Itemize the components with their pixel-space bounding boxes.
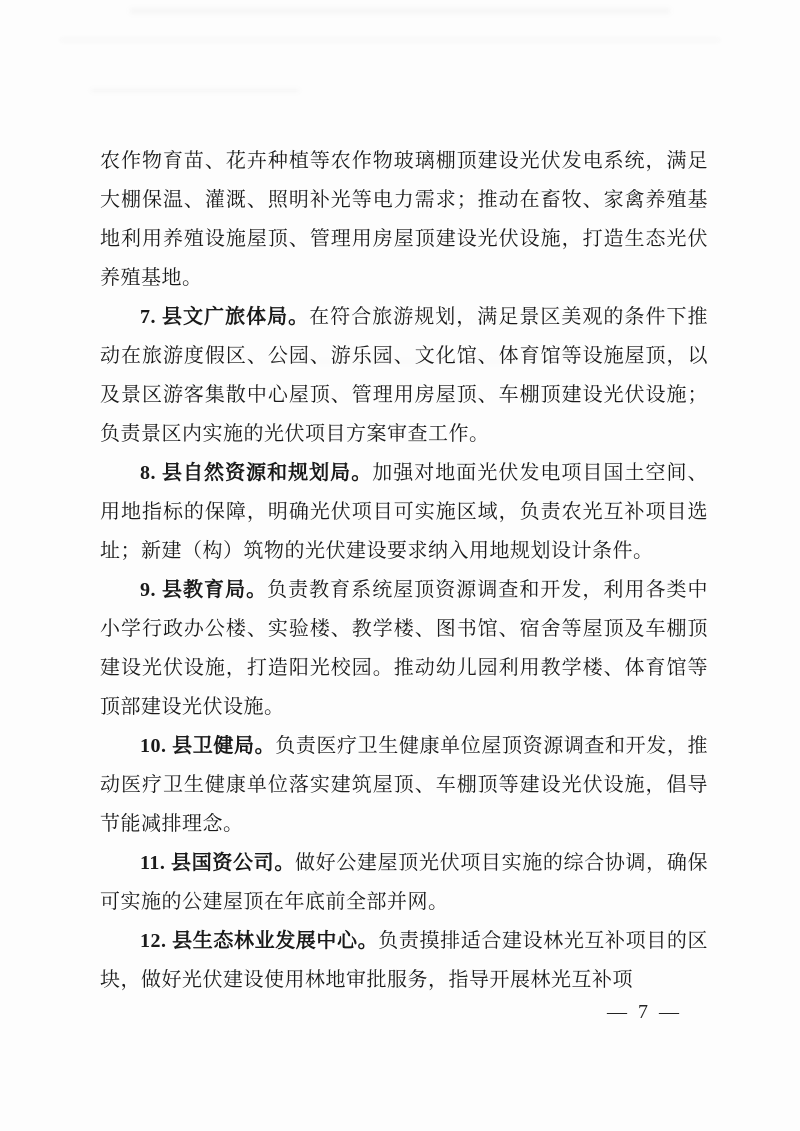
paragraph-10-health-bureau: 10. 县卫健局。负责医疗卫生健康单位屋顶资源调查和开发，推动医疗卫生健康单位落… <box>100 727 708 844</box>
paragraph-lead: 11. 县国资公司。 <box>140 852 295 874</box>
paragraph-lead: 10. 县卫健局。 <box>140 735 275 757</box>
paragraph-11-state-owned-assets-company: 11. 县国资公司。做好公建屋顶光伏项目实施的综合协调，确保可实施的公建屋顶在年… <box>100 844 708 922</box>
scan-artifact <box>60 38 720 42</box>
paragraph-12-ecological-forestry-center: 12. 县生态林业发展中心。负责摸排适合建设林光互补项目的区块，做好光伏建设使用… <box>100 922 708 1000</box>
page-number: — 7 — <box>607 1001 682 1024</box>
scan-artifact <box>130 8 670 14</box>
scan-artifact <box>90 88 300 93</box>
paragraph-8-natural-resources-bureau: 8. 县自然资源和规划局。加强对地面光伏发电项目国土空间、用地指标的保障，明确光… <box>100 454 708 571</box>
paragraph-9-education-bureau: 9. 县教育局。负责教育系统屋顶资源调查和开发，利用各类中小学行政办公楼、实验楼… <box>100 571 708 727</box>
paragraph-agriculture-continuation: 农作物育苗、花卉种植等农作物玻璃棚顶建设光伏发电系统，满足大棚保温、灌溉、照明补… <box>100 142 708 298</box>
paragraph-7-culture-tourism-bureau: 7. 县文广旅体局。在符合旅游规划，满足景区美观的条件下推动在旅游度假区、公园、… <box>100 298 708 454</box>
paragraph-lead: 9. 县教育局。 <box>140 579 267 601</box>
document-page: 农作物育苗、花卉种植等农作物玻璃棚顶建设光伏发电系统，满足大棚保温、灌溉、照明补… <box>0 0 800 1131</box>
paragraph-lead: 8. 县自然资源和规划局。 <box>140 462 372 484</box>
paragraph-lead: 12. 县生态林业发展中心。 <box>140 930 378 952</box>
paragraph-lead: 7. 县文广旅体局。 <box>140 306 309 328</box>
body-text: 农作物育苗、花卉种植等农作物玻璃棚顶建设光伏发电系统，满足大棚保温、灌溉、照明补… <box>100 142 708 1000</box>
paragraph-body: 农作物育苗、花卉种植等农作物玻璃棚顶建设光伏发电系统，满足大棚保温、灌溉、照明补… <box>100 150 708 289</box>
